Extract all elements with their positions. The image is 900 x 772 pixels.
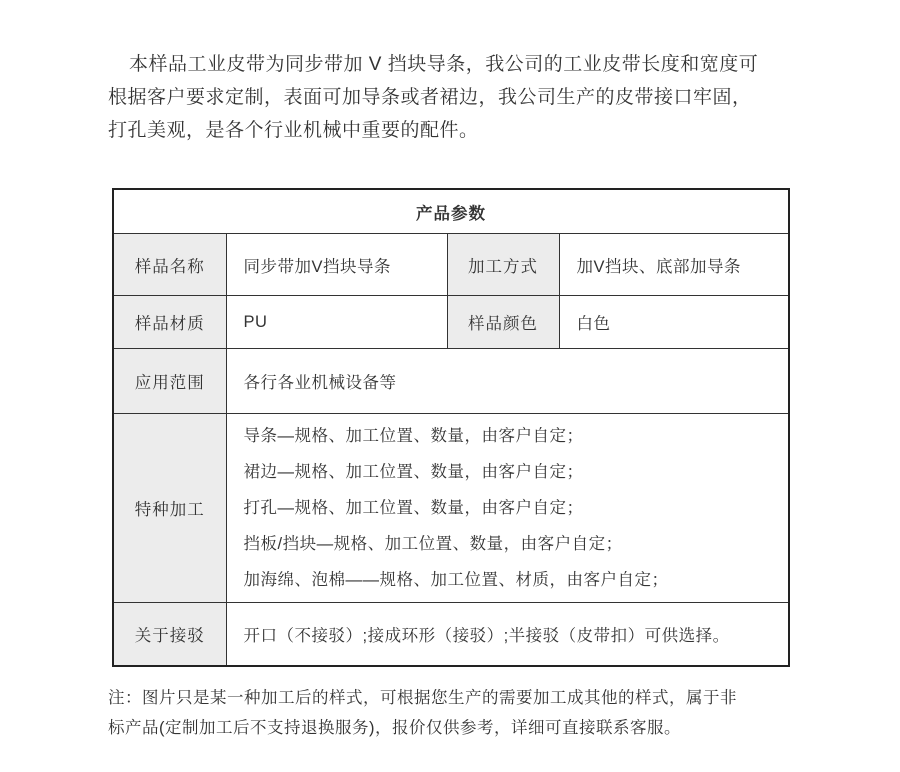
special-processing-line: 导条—规格、加工位置、数量，由客户自定； — [244, 418, 788, 454]
footer-note: 注：图片只是某一种加工后的样式，可根据您生产的需要加工成其他的样式，属于非 标产… — [108, 683, 832, 743]
intro-paragraph: 本样品工业皮带为同步带加 V 挡块导条，我公司的工业皮带长度和宽度可 根据客户要… — [108, 48, 824, 147]
special-processing-line: 打孔—规格、加工位置、数量，由客户自定； — [244, 490, 788, 526]
application-scope-value: 各行各业机械设备等 — [226, 349, 789, 414]
sample-name-label: 样品名称 — [113, 234, 226, 296]
table-row: 特种加工 导条—规格、加工位置、数量，由客户自定； 裙边—规格、加工位置、数量，… — [113, 414, 789, 603]
intro-line: 根据客户要求定制，表面可加导条或者裙边，我公司生产的皮带接口牢固， — [108, 81, 824, 114]
sample-name-value: 同步带加V挡块导条 — [226, 234, 447, 296]
footer-note-line: 注：图片只是某一种加工后的样式，可根据您生产的需要加工成其他的样式，属于非 — [108, 683, 832, 713]
table-title-row: 产品参数 — [113, 189, 789, 234]
special-processing-line: 加海绵、泡棉——规格、加工位置、材质，由客户自定； — [244, 562, 788, 598]
special-processing-label: 特种加工 — [113, 414, 226, 603]
sample-material-label: 样品材质 — [113, 296, 226, 349]
product-parameters-table: 产品参数 样品名称 同步带加V挡块导条 加工方式 加V挡块、底部加导条 样品材质… — [112, 188, 790, 667]
table-title: 产品参数 — [113, 189, 789, 234]
sample-material-value: PU — [226, 296, 447, 349]
splicing-label: 关于接驳 — [113, 603, 226, 666]
special-processing-line: 挡板/挡块—规格、加工位置、数量，由客户自定； — [244, 526, 788, 562]
sample-color-label: 样品颜色 — [447, 296, 559, 349]
special-processing-value: 导条—规格、加工位置、数量，由客户自定； 裙边—规格、加工位置、数量，由客户自定… — [226, 414, 789, 603]
sample-color-value: 白色 — [559, 296, 789, 349]
table-row: 应用范围 各行各业机械设备等 — [113, 349, 789, 414]
splicing-value: 开口（不接驳）;接成环形（接驳）;半接驳（皮带扣）可供选择。 — [226, 603, 789, 666]
table-row: 样品材质 PU 样品颜色 白色 — [113, 296, 789, 349]
footer-note-line: 标产品(定制加工后不支持退换服务)，报价仅供参考，详细可直接联系客服。 — [108, 713, 832, 743]
table-row: 关于接驳 开口（不接驳）;接成环形（接驳）;半接驳（皮带扣）可供选择。 — [113, 603, 789, 666]
intro-line: 本样品工业皮带为同步带加 V 挡块导条，我公司的工业皮带长度和宽度可 — [108, 48, 824, 81]
processing-method-label: 加工方式 — [447, 234, 559, 296]
intro-line: 打孔美观，是各个行业机械中重要的配件。 — [108, 114, 824, 147]
special-processing-line: 裙边—规格、加工位置、数量，由客户自定； — [244, 454, 788, 490]
table-row: 样品名称 同步带加V挡块导条 加工方式 加V挡块、底部加导条 — [113, 234, 789, 296]
processing-method-value: 加V挡块、底部加导条 — [559, 234, 789, 296]
application-scope-label: 应用范围 — [113, 349, 226, 414]
